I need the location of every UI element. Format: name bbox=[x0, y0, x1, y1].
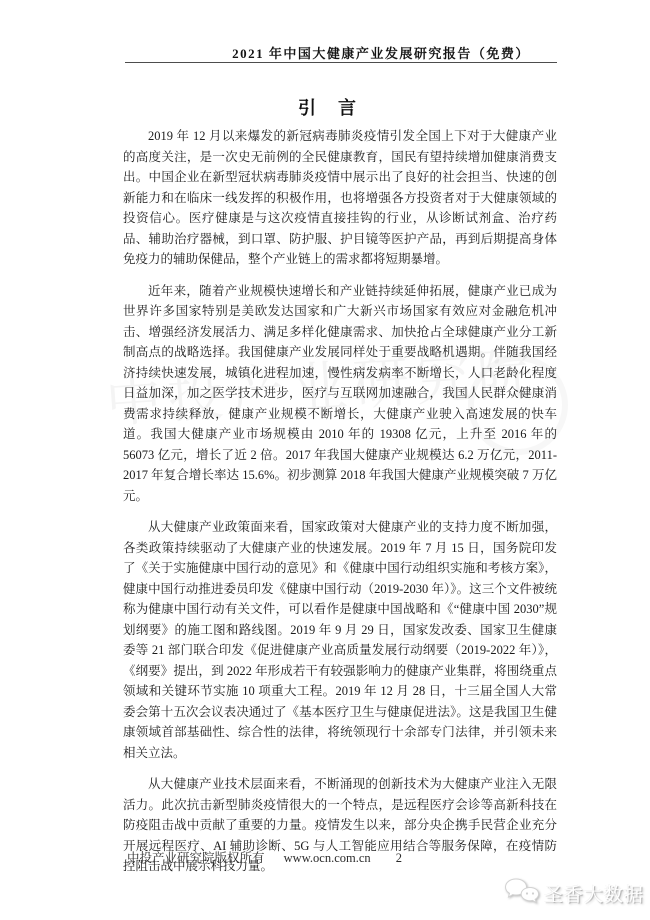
header-divider bbox=[125, 62, 557, 63]
footer-copyright: 中投产业研究院版权所有 bbox=[127, 851, 265, 865]
body-text: 2019 年 12 月以来爆发的新冠病毒肺炎疫情引发全国上下对于大健康产业的高度… bbox=[123, 126, 557, 888]
page-footer: 中投产业研究院版权所有 www.ocn.com.cn 2 bbox=[127, 848, 402, 866]
header-title: 2021 年中国大健康产业发展研究报告（免费） bbox=[125, 43, 637, 62]
brand-watermark: 圣香大数据 bbox=[503, 876, 644, 911]
footer-website: www.ocn.com.cn bbox=[284, 851, 371, 865]
document-page: 2021 年中国大健康产业发展研究报告（免费） 引 言 中投产业研究院 2019… bbox=[0, 0, 650, 920]
paragraph: 2019 年 12 月以来爆发的新冠病毒肺炎疫情引发全国上下对于大健康产业的高度… bbox=[123, 126, 557, 270]
page-title: 引 言 bbox=[123, 94, 533, 120]
brand-name: 圣香大数据 bbox=[544, 880, 644, 907]
footer-page-number: 2 bbox=[396, 851, 402, 865]
paragraph: 从大健康产业政策面来看，国家政策对大健康产业的支持力度不断加强，各类政策持续驱动… bbox=[123, 517, 557, 763]
chat-bubbles-icon bbox=[503, 876, 541, 911]
paragraph: 近年来，随着产业规模快速增长和产业链持续延伸拓展，健康产业已成为世界许多国家特别… bbox=[123, 281, 557, 507]
